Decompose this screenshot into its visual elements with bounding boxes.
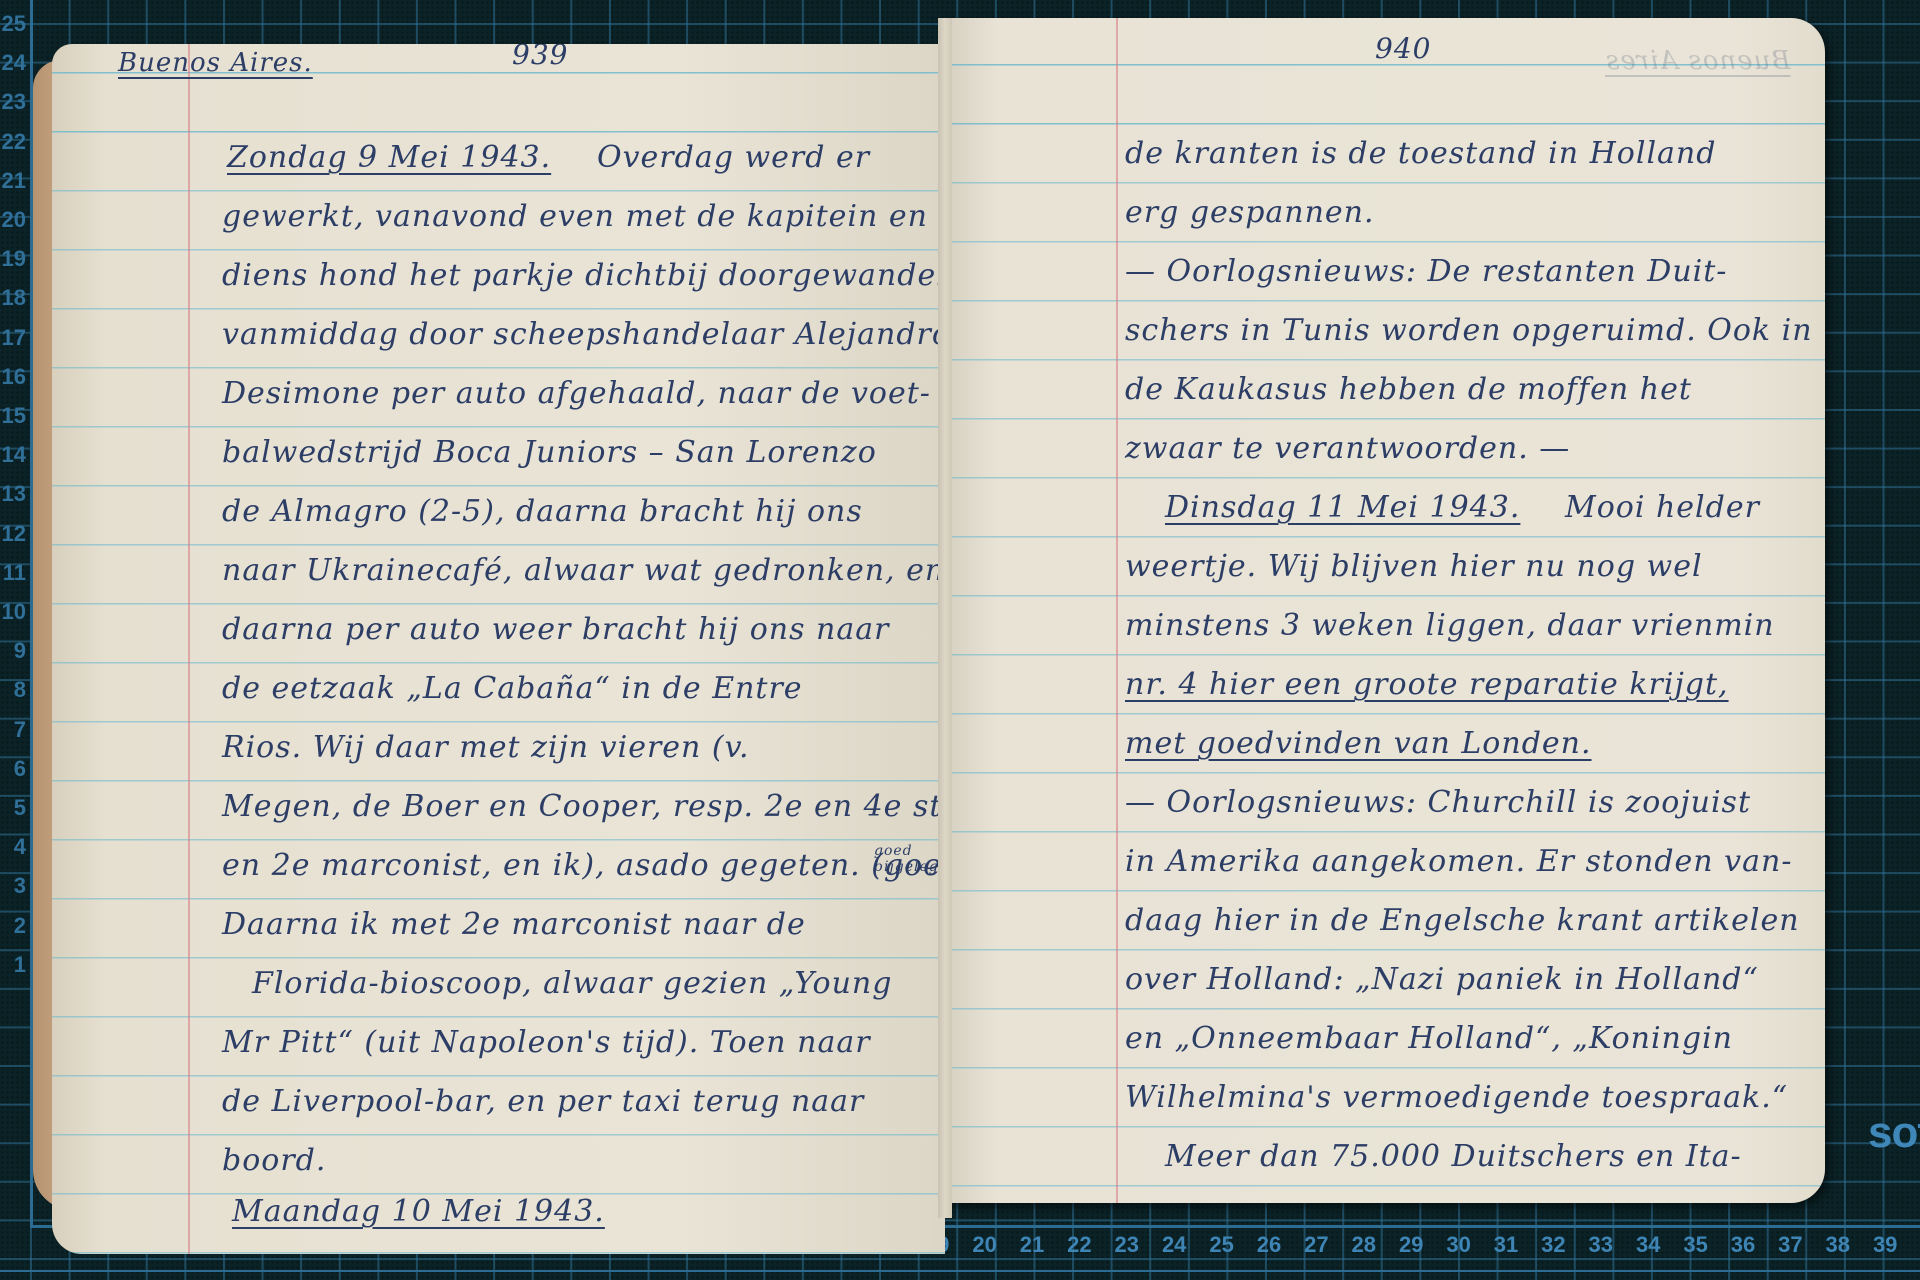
entry-line: over Holland: „Nazi paniek in Holland“ (1125, 962, 1759, 997)
entry-line: de kranten is de toestand in Holland (1125, 136, 1716, 171)
entry-line: met goedvinden van Londen. (1125, 726, 1592, 761)
location-header: Buenos Aires. (118, 48, 313, 78)
entry-line: de eetzaak „La Cabaña“ in de Entre (222, 671, 803, 706)
entry-line: en 2e marconist, en ik), asado gegeten. … (222, 848, 945, 883)
entry-line: de Liverpool-bar, en per taxi terug naar (222, 1084, 864, 1119)
entry-line: balwedstrijd Boca Juniors – San Lorenzo (222, 435, 877, 470)
entry-line: daag hier in de Engelsche krant artikele… (1125, 903, 1800, 938)
entry-line: de Kaukasus hebben de moffen het (1125, 372, 1692, 407)
entry-line: erg gespannen. (1125, 195, 1375, 230)
entry-line: gewerkt, vanavond even met de kapitein e… (222, 199, 928, 234)
entry-line: daarna per auto weer bracht hij ons naar (222, 612, 889, 647)
margin-line (188, 44, 190, 1254)
entry-line: naar Ukrainecafé, alwaar wat gedronken, … (222, 553, 945, 588)
entry-line: boord. (222, 1143, 326, 1178)
entry-line: diens hond het parkje dichtbij doorgewan… (222, 258, 945, 293)
entry-line: minstens 3 weken liggen, daar vrienmin (1125, 608, 1775, 643)
entry-line: Wilhelmina's vermoedigende toespraak.“ (1125, 1080, 1788, 1115)
entry-line: Rios. Wij daar met zijn vieren (v. (222, 730, 750, 765)
left-page: Buenos Aires. 939 Zondag 9 Mei 1943. Ove… (52, 44, 945, 1254)
page-number: 940 (1375, 32, 1431, 65)
right-page: 940 Buenos Aires de kranten is de toesta… (945, 18, 1825, 1203)
entry-line: in Amerika aangekomen. Er stonden van- (1125, 844, 1792, 879)
entry-line: — Oorlogsnieuws: De restanten Duit- (1125, 254, 1727, 289)
page-number: 939 (512, 44, 568, 71)
entry-line: Daarna ik met 2e marconist naar de (222, 907, 806, 942)
entry-date: Zondag 9 Mei 1943. (227, 140, 551, 175)
entry-line: schers in Tunis worden opgeruimd. Ook in (1125, 313, 1813, 348)
entry-line: Florida-bioscoop, alwaar gezien „Young (252, 966, 892, 1001)
entry-date: Maandag 10 Mei 1943. (232, 1194, 605, 1229)
entry-line: Mooi helder (1565, 490, 1760, 525)
margin-note: bijgelegd (874, 860, 945, 875)
open-notebook: Buenos Aires. 939 Zondag 9 Mei 1943. Ove… (0, 0, 1920, 1280)
entry-line: Desimone per auto afgehaald, naar de voe… (222, 376, 931, 411)
entry-line: en „Onneembaar Holland“, „Koningin (1125, 1021, 1733, 1056)
entry-line: — Oorlogsnieuws: Churchill is zoojuist (1125, 785, 1751, 820)
entry-date: Dinsdag 11 Mei 1943. (1165, 490, 1520, 525)
entry-line: weertje. Wij blijven hier nu nog wel (1125, 549, 1703, 584)
entry-line: zwaar te verantwoorden. — (1125, 431, 1570, 466)
entry-line: Overdag werd er (597, 140, 870, 175)
entry-line: nr. 4 hier een groote reparatie krijgt, (1125, 667, 1729, 702)
margin-note: goed (874, 844, 913, 859)
notebook-gutter (938, 18, 952, 1218)
entry-line: vanmiddag door scheepshandelaar Alejandr… (222, 317, 945, 352)
entry-line: Megen, de Boer en Cooper, resp. 2e en 4e… (222, 789, 945, 824)
margin-line (1116, 18, 1118, 1203)
entry-line: de Almagro (2-5), daarna bracht hij ons (222, 494, 863, 529)
bleed-through-header: Buenos Aires (1605, 46, 1791, 76)
entry-line: Meer dan 75.000 Duitschers en Ita- (1165, 1139, 1742, 1174)
entry-line: Mr Pitt“ (uit Napoleon's tijd). Toen naa… (222, 1025, 871, 1060)
